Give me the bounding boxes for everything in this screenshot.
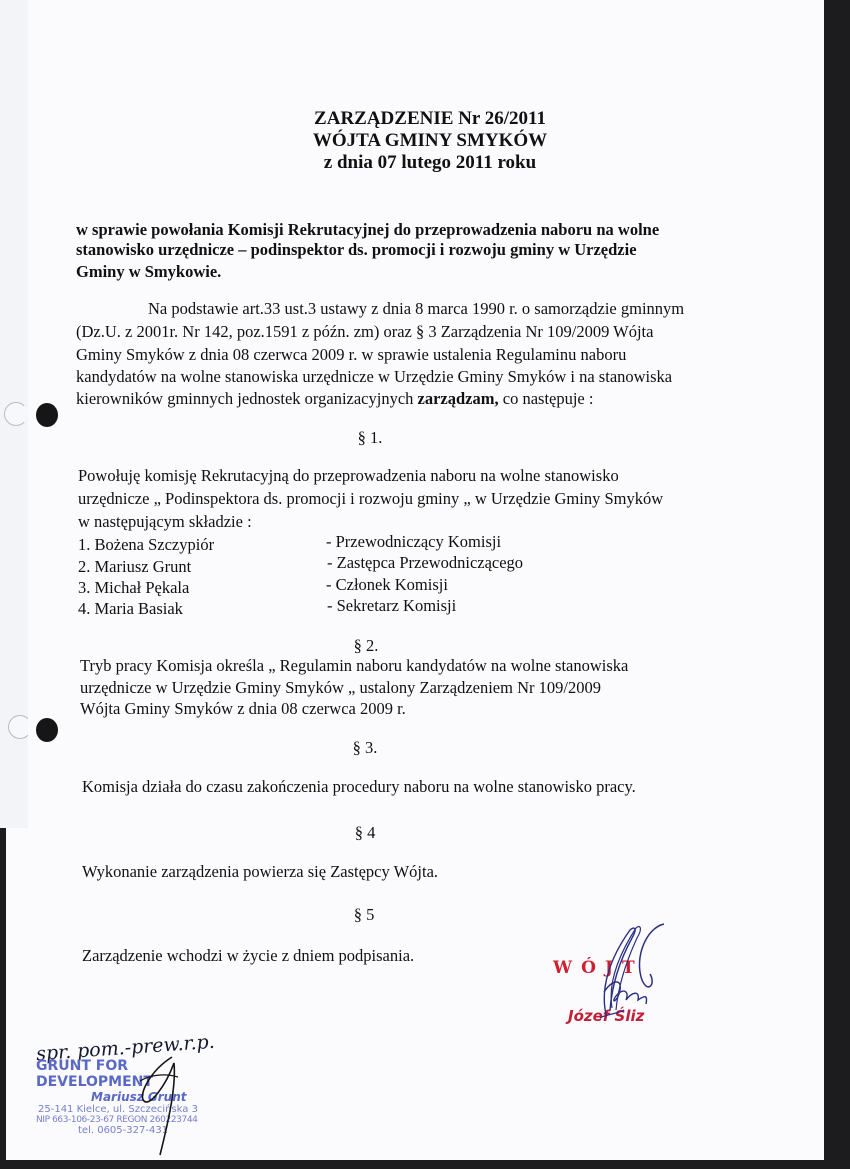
section-heading: § 5 [324,905,404,925]
section-heading: § 4 [325,823,405,843]
subject-line: stanowisko urzędnicze – podinspektor ds.… [76,240,637,259]
section-1-line: w następującym składzie : [78,512,252,532]
section-3-line: Komisja działa do czasu zakończenia proc… [82,777,636,797]
member-role: - Sekretarz Komisji [327,596,456,616]
document-date: z dnia 07 lutego 2011 roku [230,152,630,173]
section-5-line: Zarządzenie wchodzi w życie z dniem podp… [82,946,414,966]
subject-line: Gminy w Smykowie. [76,262,221,281]
member-name: 4. Maria Basiak [78,599,183,619]
member-role: - Przewodniczący Komisji [326,532,501,552]
preamble-text: co następuje : [499,389,594,408]
preamble-line: Gminy Smyków z dnia 08 czerwca 2009 r. w… [76,345,626,365]
preamble-last-line: kierowników gminnych jednostek organizac… [76,389,593,409]
document-title-line: WÓJTA GMINY SMYKÓW [230,130,630,151]
section-2-line: Tryb pracy Komisja określa „ Regulamin n… [80,656,628,676]
section-1-line: Powołuję komisję Rekrutacyjną do przepro… [78,466,619,486]
member-name: 2. Mariusz Grunt [78,557,191,577]
underlying-sheet-edge [0,0,29,828]
member-name: 3. Michał Pękala [78,578,189,598]
preamble-line: (Dz.U. z 2001r. Nr 142, poz.1591 z późn.… [76,322,653,342]
member-name: 1. Bożena Szczypiór [78,535,214,555]
section-4-line: Wykonanie zarządzenia powierza się Zastę… [82,862,438,882]
section-heading: § 2. [326,636,406,656]
stamp-signature-icon [120,1055,190,1165]
punch-hole [36,718,58,742]
handwritten-signature-icon [560,918,670,1028]
preamble-line: Na podstawie art.33 ust.3 ustawy z dnia … [148,299,684,319]
punch-hole [36,403,58,427]
member-role: - Zastępca Przewodniczącego [327,553,523,573]
section-2-line: Wójta Gminy Smyków z dnia 08 czerwca 200… [80,699,406,719]
subject-line: w sprawie powołania Komisji Rekrutacyjne… [76,220,659,239]
underlying-punch-hole [4,402,28,426]
document-title-line: ZARZĄDZENIE Nr 26/2011 [230,108,630,129]
section-1-line: urzędnicze „ Podinspektora ds. promocji … [78,489,663,509]
section-2-line: urzędnicze w Urzędzie Gminy Smyków „ ust… [80,678,601,698]
preamble-text: kierowników gminnych jednostek organizac… [76,389,418,408]
preamble-line: kandydatów na wolne stanowiska urzędnicz… [76,367,672,387]
section-heading: § 1. [330,428,410,448]
member-role: - Członek Komisji [326,575,448,595]
section-heading: § 3. [325,738,405,758]
decree-keyword: zarządzam, [418,389,499,408]
